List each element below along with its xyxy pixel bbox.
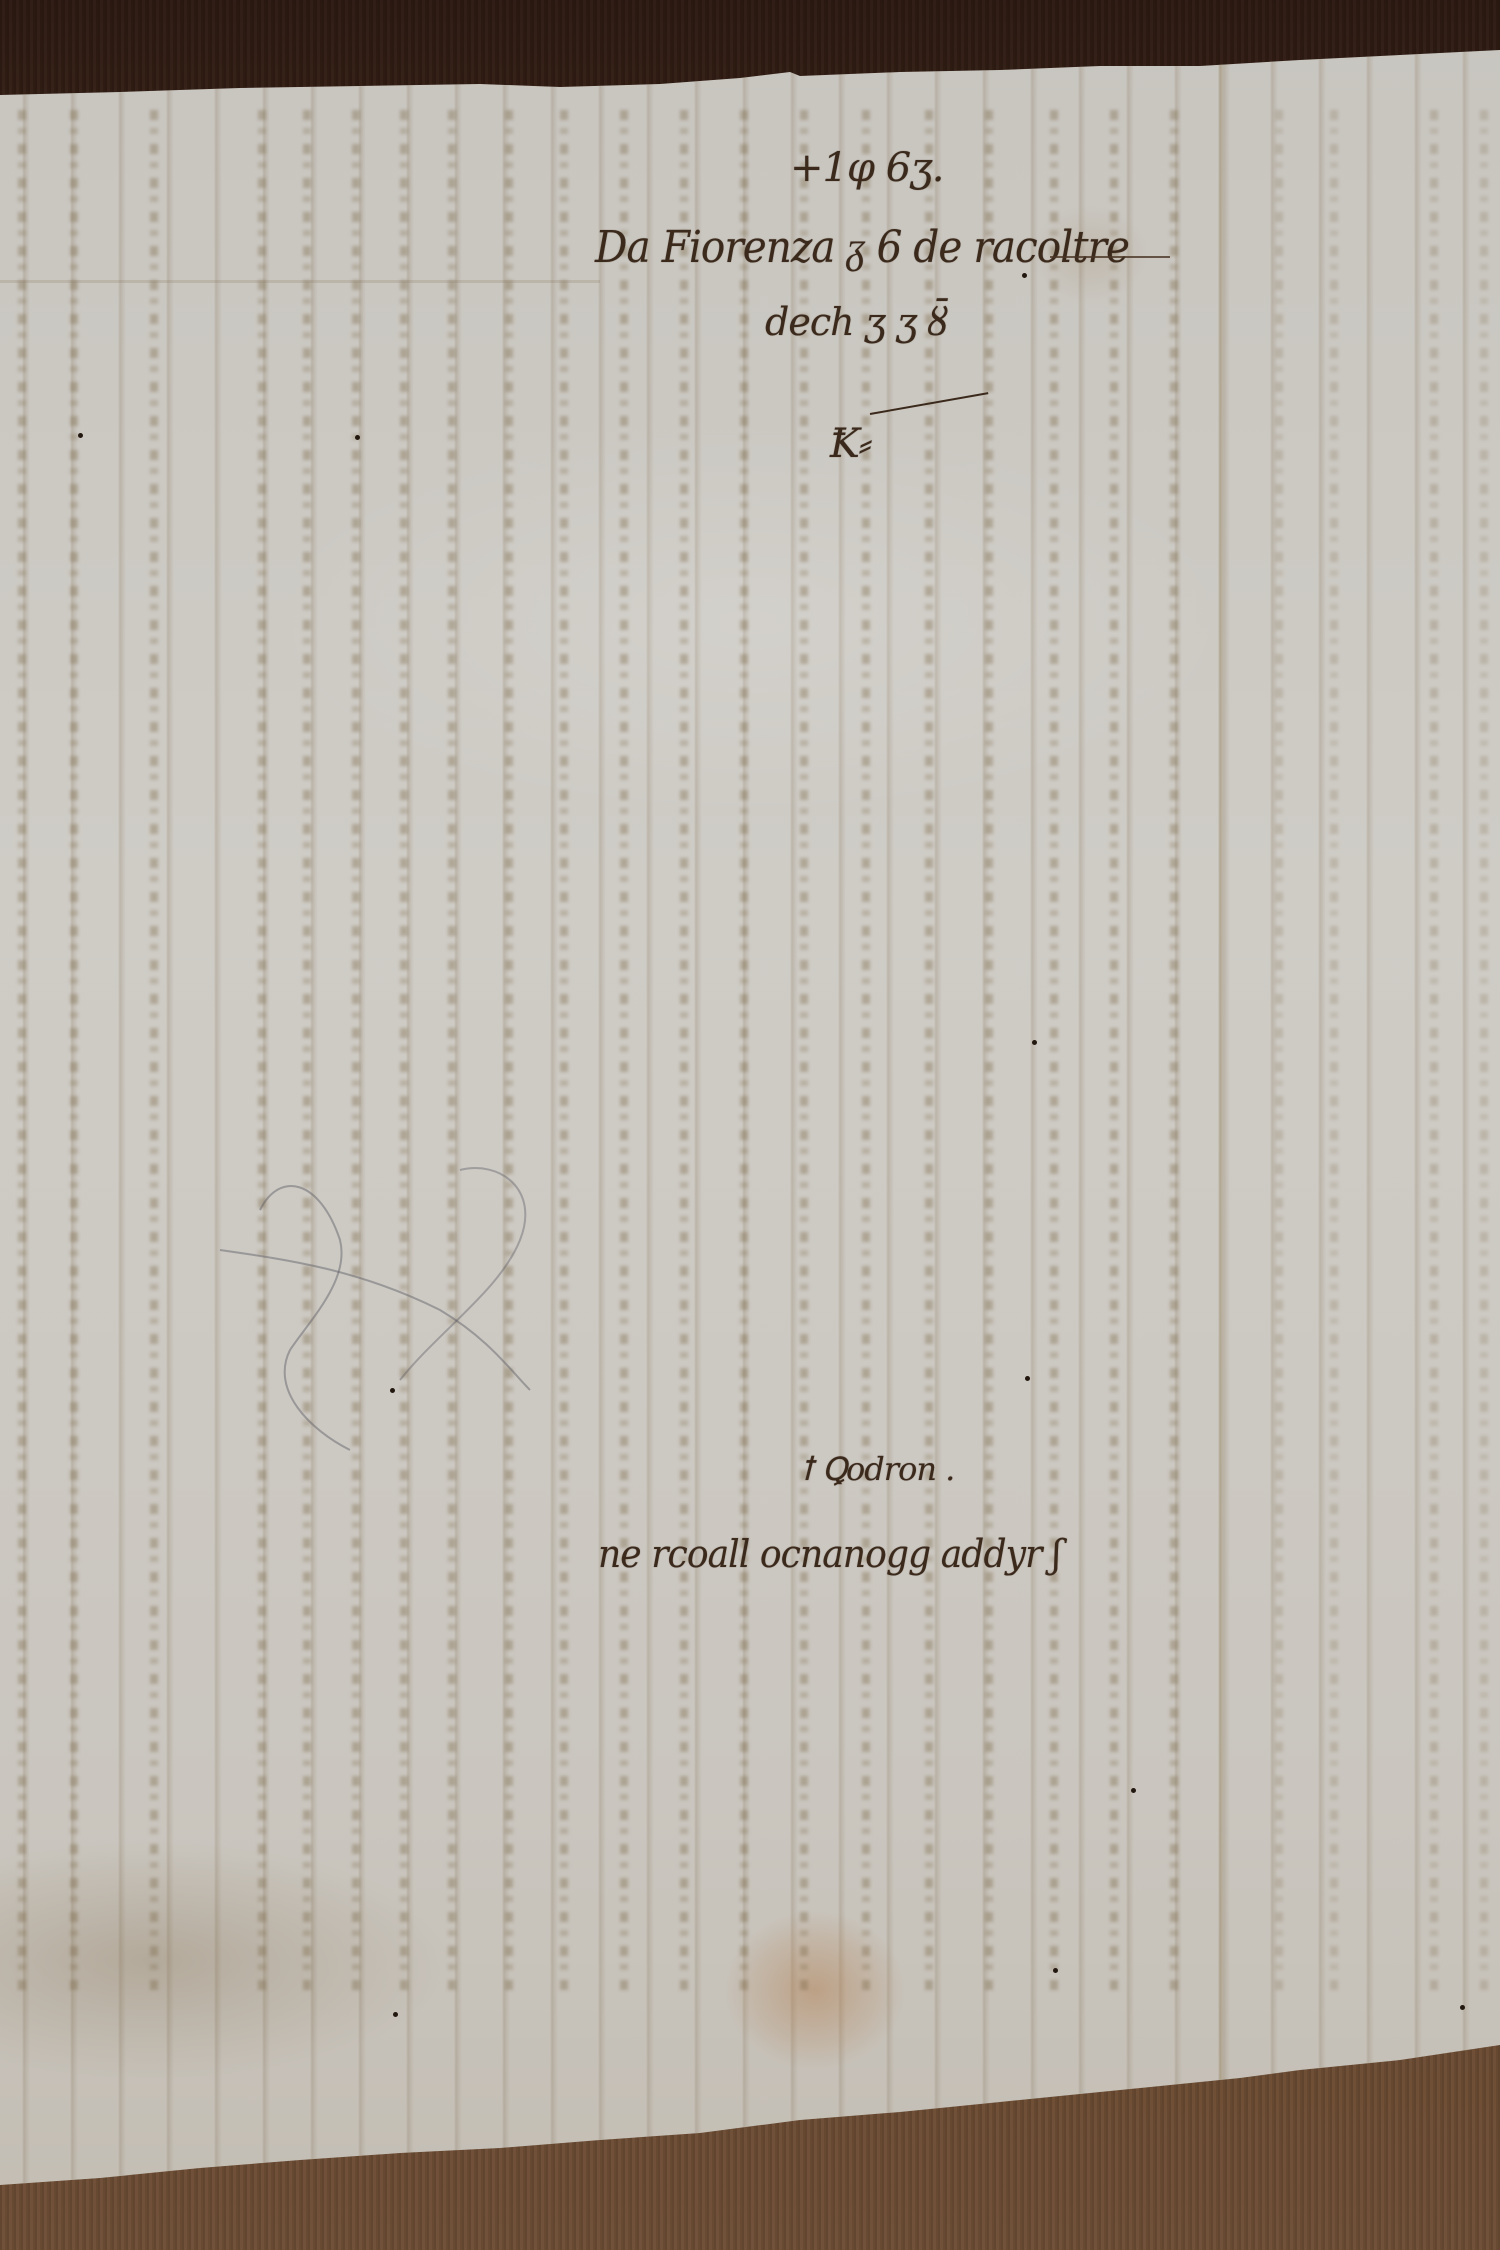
bleed-through-text-column (352, 110, 360, 1990)
docket-flourish (1050, 256, 1170, 258)
bleed-through-text-column (258, 110, 266, 1990)
bleed-through-text-column (620, 110, 628, 1990)
bleed-through-text-column (560, 110, 568, 1990)
bleed-through-text-column (680, 110, 688, 1990)
vertical-fold-crease (1218, 60, 1224, 2080)
bleed-through-text-column (1430, 110, 1438, 1990)
bleed-through-text-column (1050, 110, 1058, 1990)
ink-speck (1032, 1040, 1037, 1045)
faint-pencil-sketch (200, 1150, 580, 1470)
ink-speck (1131, 1788, 1136, 1793)
ink-speck (393, 2012, 398, 2017)
bleed-through-text-column (1110, 110, 1118, 1990)
ink-speck (1460, 2005, 1465, 2010)
ink-speck (1025, 1376, 1030, 1381)
archival-mark: Ꝁ⸗ (830, 420, 871, 467)
bleed-through-text-column (70, 110, 78, 1990)
bleed-through-text-column (400, 110, 408, 1990)
bleed-through-text-column (740, 110, 748, 1990)
ink-speck (390, 1388, 395, 1393)
ink-speck (78, 433, 83, 438)
horizontal-fold-crease (0, 280, 600, 283)
bleed-through-text-column (1480, 110, 1488, 1990)
bleed-through-text-column (505, 110, 513, 1990)
docket-origin-line: Da Fiorenza ᵹ 6 de racoltre (595, 222, 1129, 273)
bleed-through-text-column (1275, 110, 1283, 1990)
ink-speck (1053, 1968, 1058, 1973)
docket-reference-number: +1φ 6ʒ. (790, 145, 943, 191)
address-line-inverted: ne rcoall ocnanogg addyr ʃ (598, 1532, 1061, 1576)
manuscript-sheet: +1φ 6ʒ. Da Fiorenza ᵹ 6 de racoltre dech… (0, 0, 1500, 2250)
bleed-through-text-column (1330, 110, 1338, 1990)
bleed-through-text-column (925, 110, 933, 1990)
bleed-through-text-column (862, 110, 870, 1990)
bleed-through-text-column (150, 110, 158, 1990)
docket-date-line: dech ʒ ʒ ȣ̄ (765, 300, 948, 344)
bleed-through-text-column (18, 110, 26, 1990)
bleed-through-text-column (448, 110, 456, 1990)
bleed-through-text-column (303, 110, 311, 1990)
ink-speck (1022, 273, 1027, 278)
ink-speck (355, 435, 360, 440)
bleed-through-text-column (800, 110, 808, 1990)
address-line-upper: ꝉ Ꝗodron . (800, 1450, 954, 1488)
bleed-through-text-column (1170, 110, 1178, 1990)
